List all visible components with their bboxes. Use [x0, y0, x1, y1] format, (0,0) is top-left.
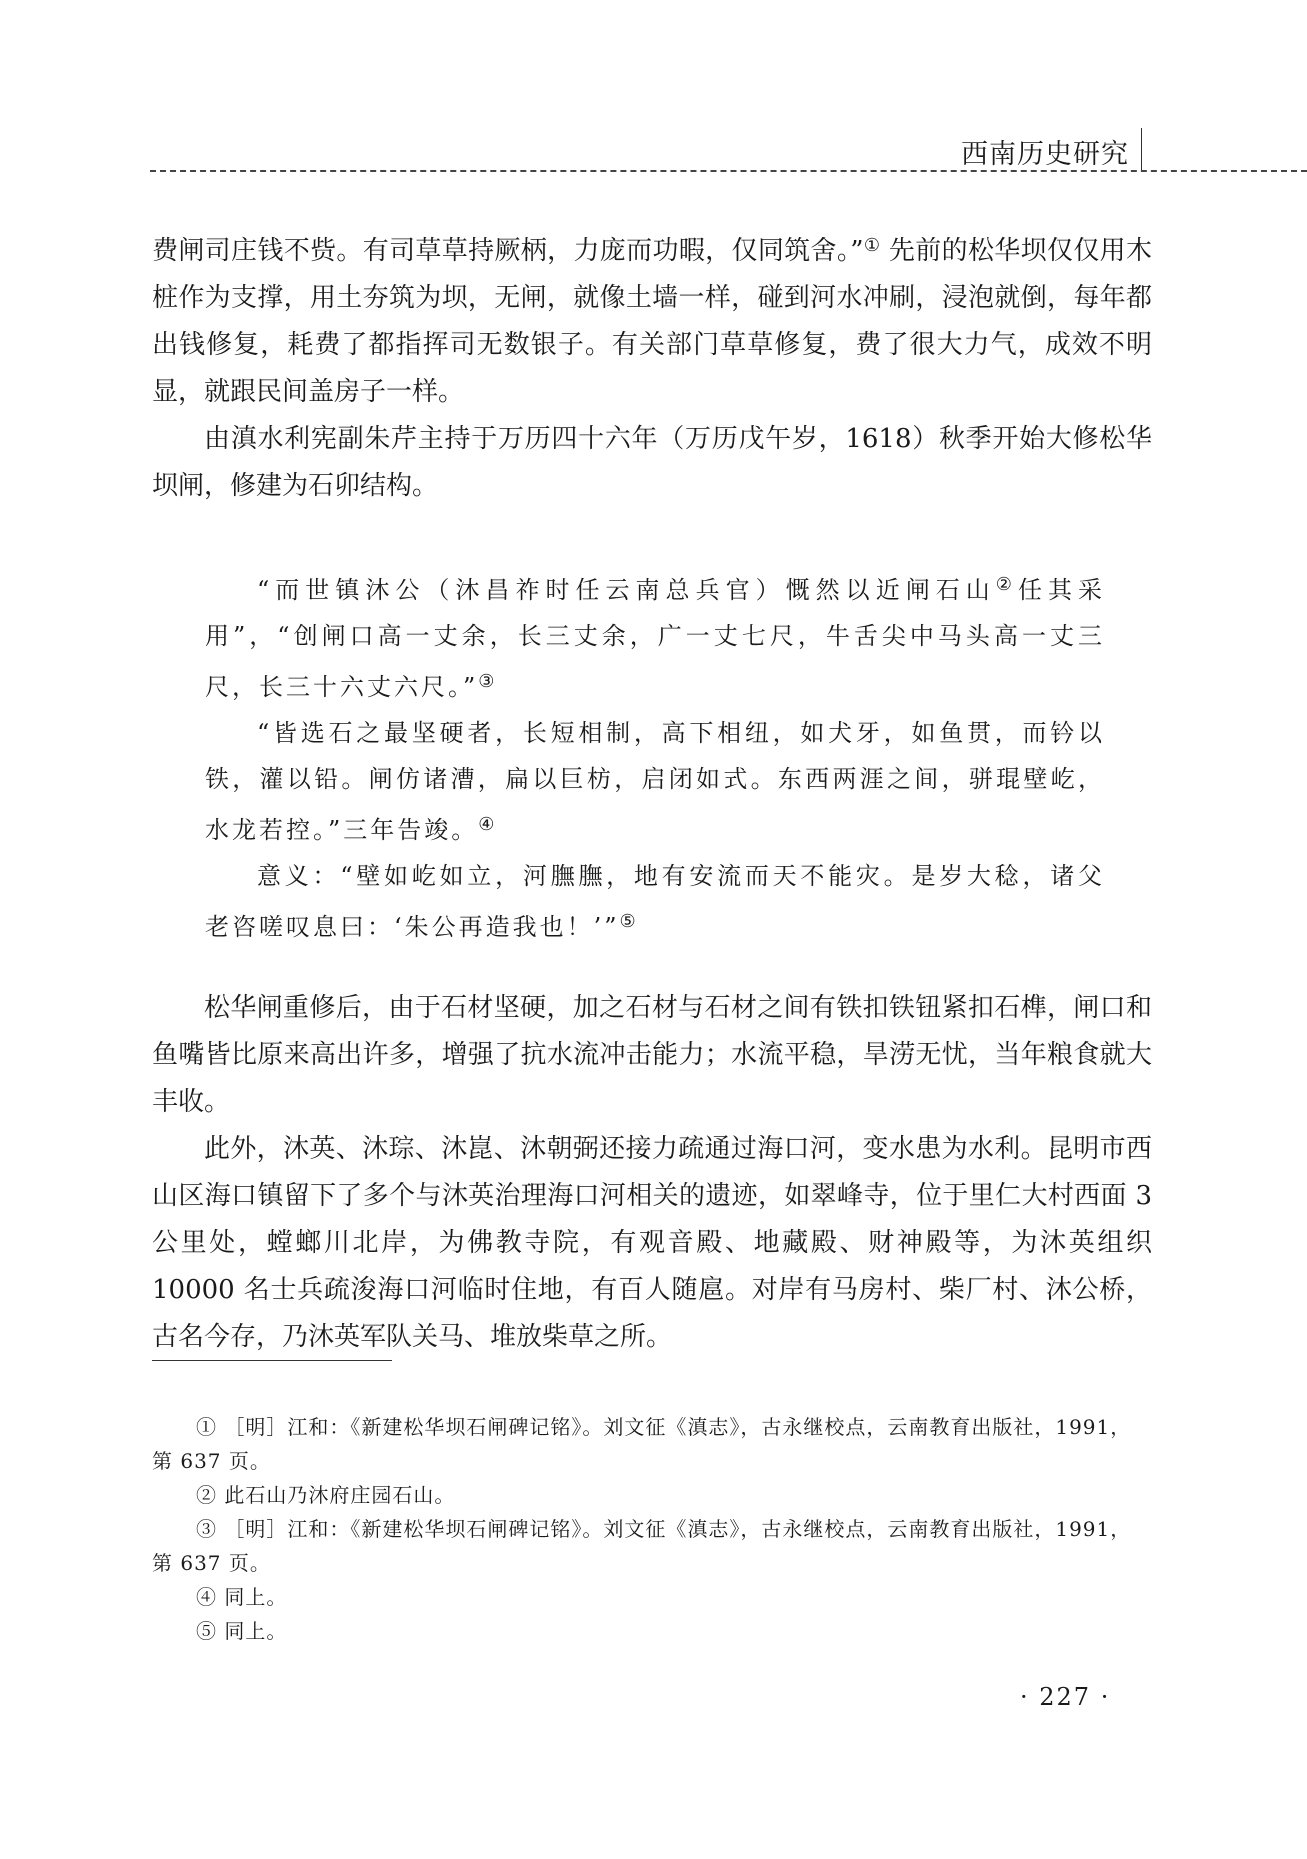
- quote-1: “而世镇沐公（沐昌祚时任云南总兵官）慨然以近闸石山②任其采用”，“创闸口高一丈余…: [205, 562, 1105, 710]
- footnote-text: 此石山乃沐府庄园石山。: [224, 1483, 455, 1507]
- paragraph-1-quote: 费闸司庄钱不赀。有司草草持厥柄，力庞而功暇，仅同筑舍。”: [152, 236, 864, 266]
- header-divider: [1141, 128, 1142, 172]
- paragraph-4: 此外，沐英、沐琮、沐崑、沐朝弼还接力疏通过海口河，变水患为水利。昆明市西山区海口…: [152, 1126, 1152, 1361]
- footnote-2: ② 此石山乃沐府庄园石山。: [152, 1478, 1152, 1512]
- footnote-text: ［明］江和：《新建松华坝石闸碑记铭》。刘文征《滇志》，古永继校点，云南教育出版社…: [152, 1517, 1131, 1575]
- journal-title: 西南历史研究: [961, 132, 1129, 171]
- footnote-separator: [152, 1360, 392, 1361]
- page-number: · 227 ·: [1020, 1683, 1110, 1711]
- paragraph-1: 费闸司庄钱不赀。有司草草持厥柄，力庞而功暇，仅同筑舍。”① 先前的松华坝仅仅用木…: [152, 222, 1152, 416]
- footnote-mark: ④: [196, 1585, 217, 1609]
- footnote-3: ③ ［明］江和：《新建松华坝石闸碑记铭》。刘文征《滇志》，古永继校点，云南教育出…: [152, 1512, 1152, 1580]
- main-text-top: 费闸司庄钱不赀。有司草草持厥柄，力庞而功暇，仅同筑舍。”① 先前的松华坝仅仅用木…: [152, 222, 1152, 510]
- footnotes: ① ［明］江和：《新建松华坝石闸碑记铭》。刘文征《滇志》，古永继校点，云南教育出…: [152, 1410, 1152, 1648]
- footnote-text: 同上。: [224, 1619, 287, 1643]
- block-quote: “而世镇沐公（沐昌祚时任云南总兵官）慨然以近闸石山②任其采用”，“创闸口高一丈余…: [205, 562, 1105, 950]
- footnote-ref-5[interactable]: ⑤: [620, 911, 639, 932]
- quote-2-text: “皆选石之最坚硬者，长短相制，高下相纽，如犬牙，如鱼贯，而钤以铁，灌以铅。闸仿诸…: [205, 719, 1105, 844]
- footnote-ref-1[interactable]: ①: [864, 235, 881, 256]
- header-dashed-rule: [150, 170, 1307, 172]
- running-header: 西南历史研究: [150, 120, 1307, 172]
- footnote-4: ④ 同上。: [152, 1580, 1152, 1614]
- footnote-mark: ⑤: [196, 1619, 217, 1643]
- footnote-mark: ②: [196, 1483, 217, 1507]
- main-text-bottom: 松华闸重修后，由于石材坚硬，加之石材与石材之间有铁扣铁钮紧扣石榫，闸口和鱼嘴皆比…: [152, 985, 1152, 1361]
- footnote-ref-3[interactable]: ③: [478, 671, 497, 692]
- footnote-text: 同上。: [224, 1585, 287, 1609]
- paragraph-3: 松华闸重修后，由于石材坚硬，加之石材与石材之间有铁扣铁钮紧扣石榫，闸口和鱼嘴皆比…: [152, 985, 1152, 1126]
- quote-2: “皆选石之最坚硬者，长短相制，高下相纽，如犬牙，如鱼贯，而钤以铁，灌以铅。闸仿诸…: [205, 710, 1105, 853]
- quote-1-part-a: “而世镇沐公（沐昌祚时任云南总兵官）慨然以近闸石山: [257, 576, 996, 604]
- footnote-5: ⑤ 同上。: [152, 1614, 1152, 1648]
- footnote-text: ［明］江和：《新建松华坝石闸碑记铭》。刘文征《滇志》，古永继校点，云南教育出版社…: [152, 1415, 1131, 1473]
- footnote-mark: ③: [196, 1517, 217, 1541]
- footnote-ref-2[interactable]: ②: [996, 574, 1018, 595]
- footnote-1: ① ［明］江和：《新建松华坝石闸碑记铭》。刘文征《滇志》，古永继校点，云南教育出…: [152, 1410, 1152, 1478]
- footnote-mark: ①: [196, 1415, 217, 1439]
- quote-3-text: 意义：“壁如屹如立，河膴膴，地有安流而天不能灾。是岁大稔，诸父老咨嗟叹息曰：‘朱…: [205, 862, 1105, 941]
- quote-3: 意义：“壁如屹如立，河膴膴，地有安流而天不能灾。是岁大稔，诸父老咨嗟叹息曰：‘朱…: [205, 853, 1105, 950]
- footnote-ref-4[interactable]: ④: [478, 814, 497, 835]
- paragraph-2: 由滇水利宪副朱芹主持于万历四十六年（万历戊午岁，1618）秋季开始大修松华坝闸，…: [152, 416, 1152, 510]
